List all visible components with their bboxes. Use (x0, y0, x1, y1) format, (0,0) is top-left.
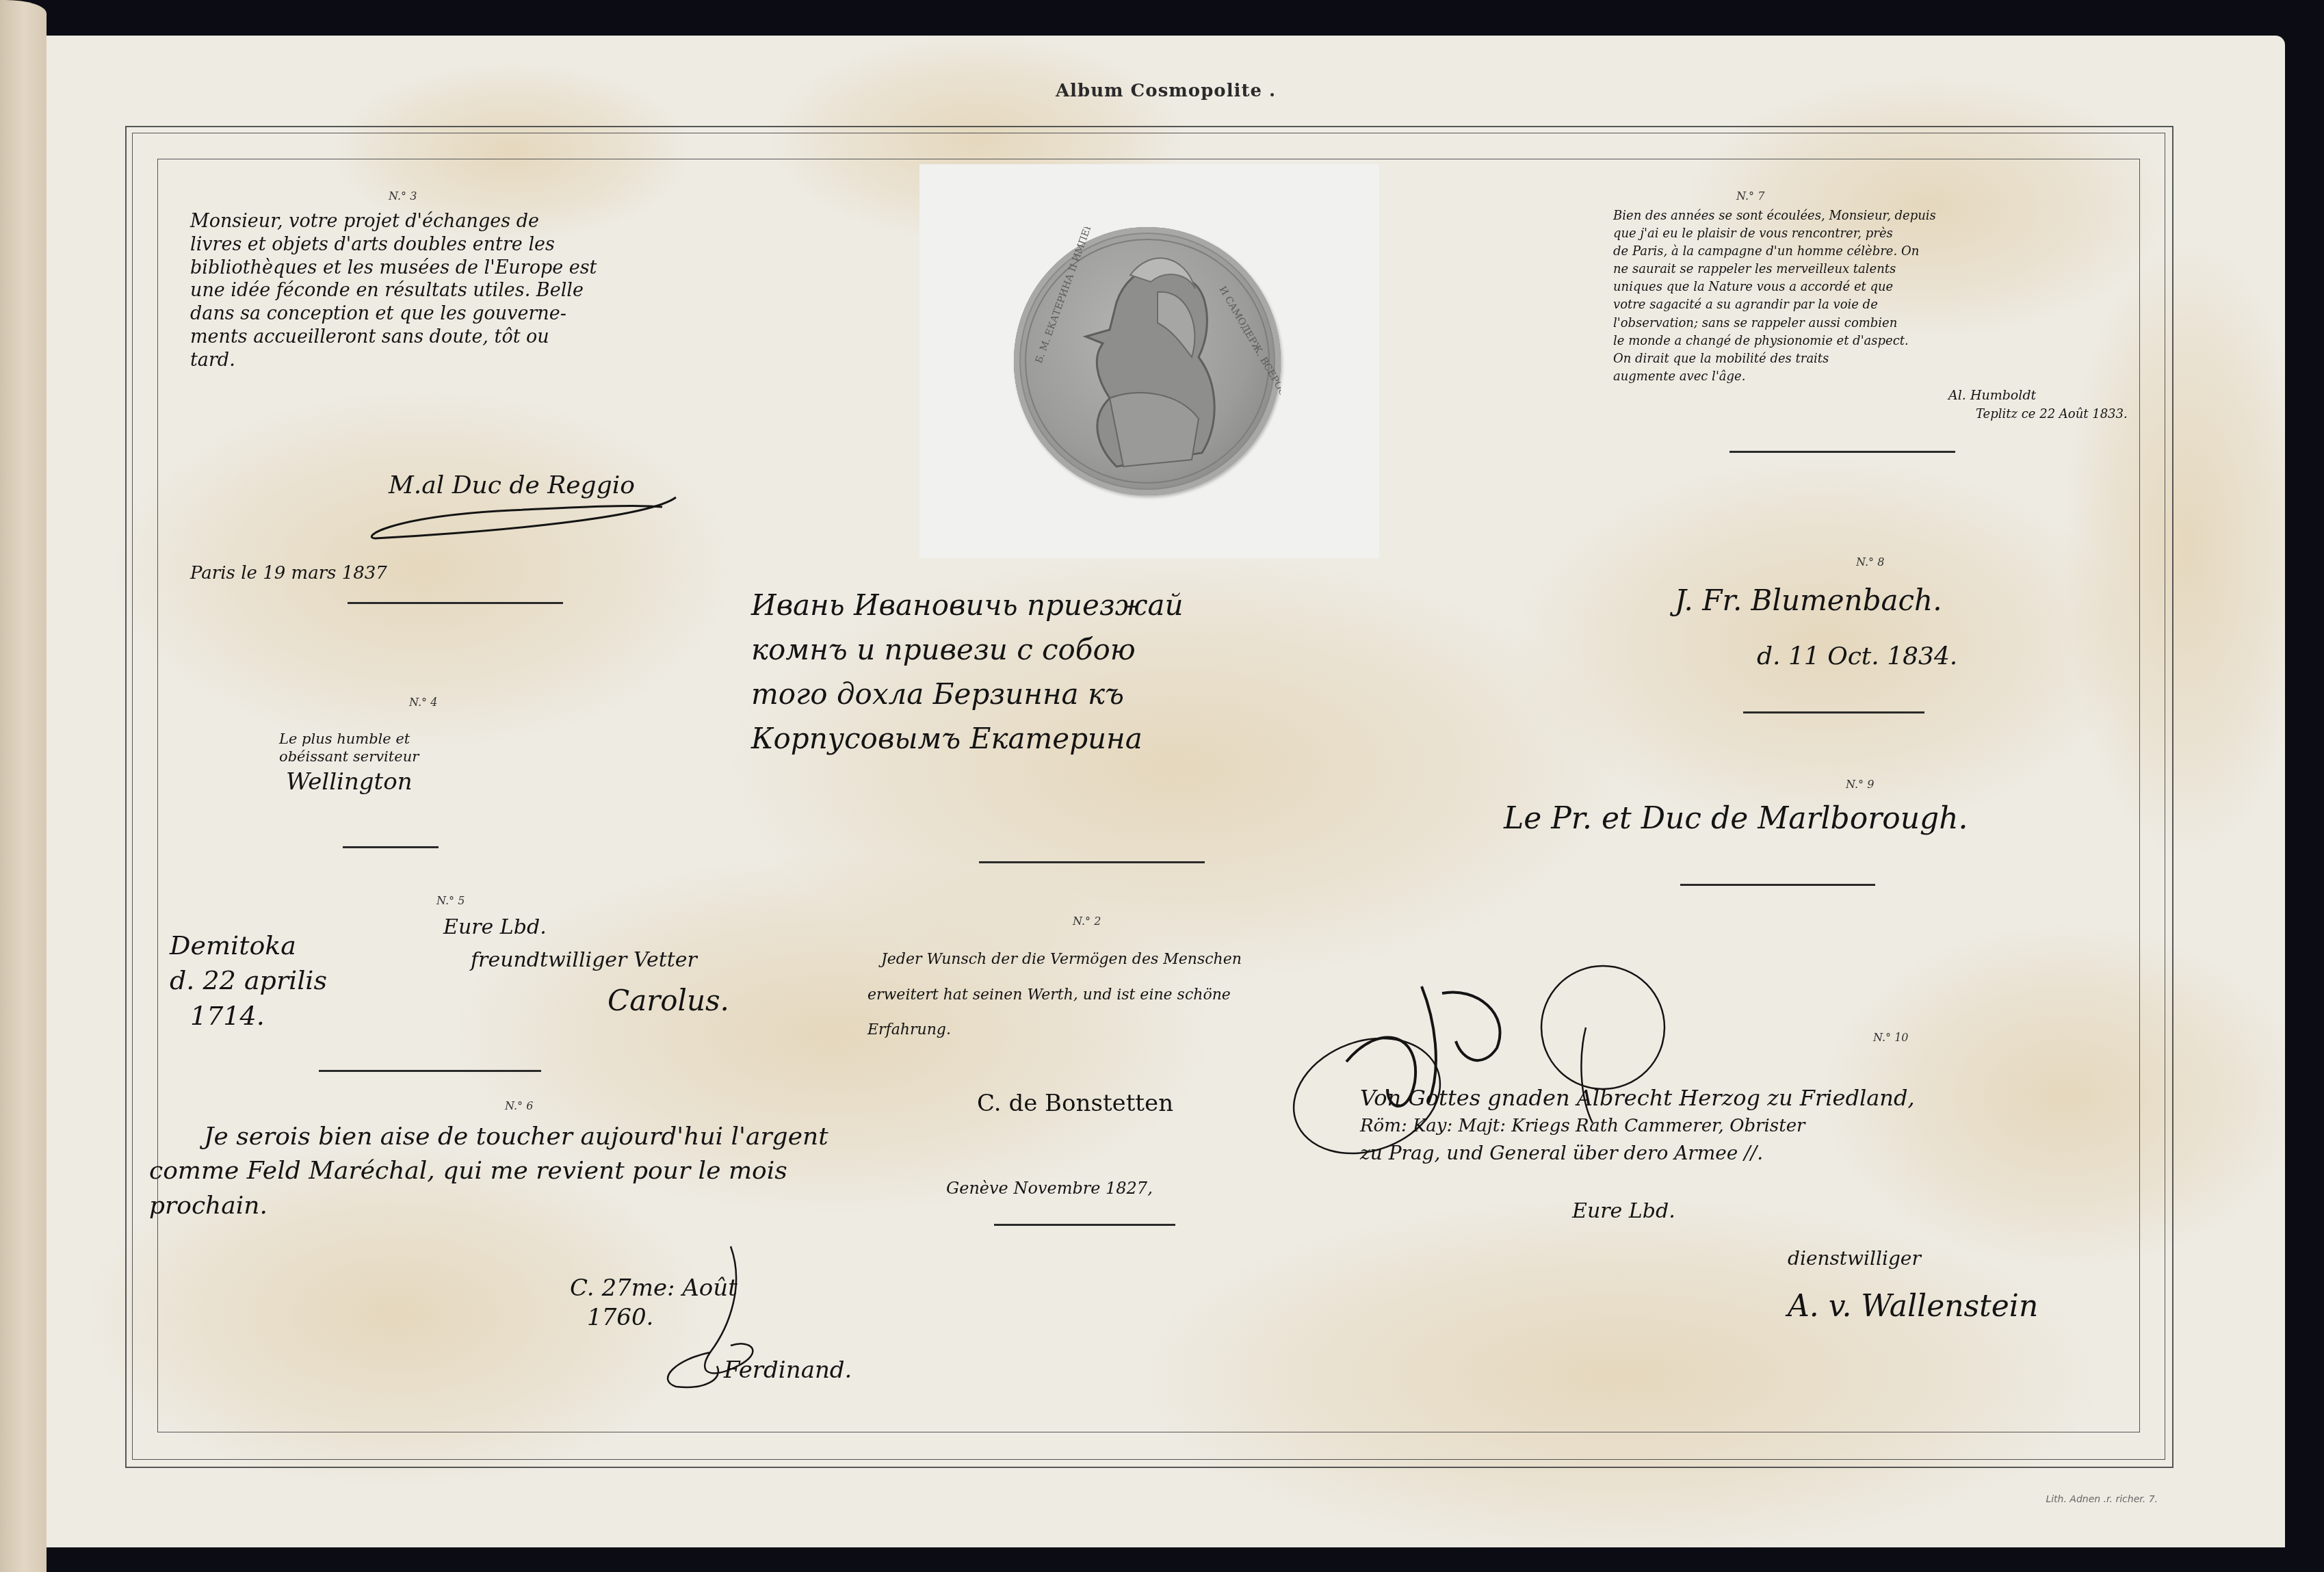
entry-text: Bien des années se sont écoulées, Monsie… (1613, 207, 2133, 386)
entry-number: N.° 4 (409, 696, 437, 709)
signature: M.al Duc de Reggio (389, 470, 635, 501)
entry-text: Eure Lbd. freundtwilliger Vetter (443, 911, 697, 977)
medal-portrait-image: Б. М. ЕКАТЕРИНА II ИМПЕРАТ. И САМОДЕРЖ. … (1014, 227, 1281, 495)
medal-plate: Б. М. ЕКАТЕРИНА II ИМПЕРАТ. И САМОДЕРЖ. … (919, 164, 1379, 558)
entry-number: N.° 3 (389, 189, 417, 202)
svg-text:Б. М. ЕКАТЕРИНА II ИМПЕРАТ.: Б. М. ЕКАТЕРИНА II ИМПЕРАТ. (1034, 227, 1100, 365)
entry-text: Jeder Wunsch der die Vermögen des Mensch… (867, 942, 1360, 1048)
signature: J. Fr. Blumenbach. (1675, 583, 1942, 619)
entry-text: Je serois bien aise de toucher aujourd'h… (149, 1120, 970, 1223)
date-line: Paris le 19 mars 1837 (190, 562, 387, 585)
divider-rule (994, 1224, 1175, 1226)
album-title: Album Cosmopolite . (47, 81, 2285, 101)
entry-text: Monsieur, votre projet d'échanges de liv… (190, 210, 751, 371)
book-edge (0, 0, 47, 1572)
divider-rule (343, 846, 439, 848)
divider-rule (979, 861, 1205, 863)
signature: A. v. Wallenstein (1788, 1287, 2038, 1325)
entry-text: Von Gottes gnaden Albrecht Herzog zu Fri… (1360, 1082, 2140, 1168)
divider-rule (1680, 884, 1875, 886)
closing-line: Eure Lbd. (1572, 1198, 1675, 1224)
portrait-relief-icon: Б. М. ЕКАТЕРИНА II ИМПЕРАТ. И САМОДЕРЖ. … (1014, 227, 1281, 495)
svg-text:И САМОДЕРЖ. ВСЕРОСС.: И САМОДЕРЖ. ВСЕРОСС. (1217, 285, 1281, 407)
entry-number: N.° 7 (1736, 189, 1764, 202)
entry-number: N.° 9 (1846, 778, 1874, 791)
signature: Al. Humboldt (1948, 388, 2036, 404)
signature: Carolus. (608, 983, 729, 1019)
entry-number: N.° 8 (1856, 555, 1884, 568)
lithographer-imprint: Lith. Adnen .r. richer. 7. (2046, 1494, 2158, 1505)
entry-number: N.° 10 (1873, 1031, 1909, 1044)
date-line: Teplitz ce 22 Août 1833. (1976, 407, 2128, 423)
signature: C. de Bonstetten (977, 1089, 1173, 1118)
divider-rule (319, 1070, 541, 1072)
divider-rule (1729, 451, 1955, 453)
signature: Ferdinand. (724, 1356, 852, 1385)
signature: Le Pr. et Duc de Marlborough. (1504, 800, 1968, 837)
date-line: d. 11 Oct. 1834. (1757, 641, 1957, 672)
place-date: Demitoka d. 22 aprilis 1714. (170, 928, 327, 1034)
entry-number: N.° 6 (505, 1099, 533, 1112)
signature: Wellington (286, 768, 413, 797)
closing-line: dienstwilliger (1788, 1246, 1921, 1270)
entry-number: N.° 2 (1073, 915, 1101, 928)
entry-number: N.° 5 (436, 894, 465, 907)
divider-rule (348, 602, 563, 604)
entry-text: Ивань Ивановичь приезжай комнъ и привези… (751, 583, 1524, 761)
album-page: Album Cosmopolite . Б. М. ЕКАТЕРИНА II И… (47, 36, 2285, 1547)
divider-rule (1743, 711, 1924, 713)
date-line: Genève Novembre 1827, (946, 1178, 1153, 1198)
date-line: C. 27me: Août 1760. (570, 1274, 737, 1332)
entry-text: Le plus humble et obéissant serviteur (279, 730, 419, 766)
